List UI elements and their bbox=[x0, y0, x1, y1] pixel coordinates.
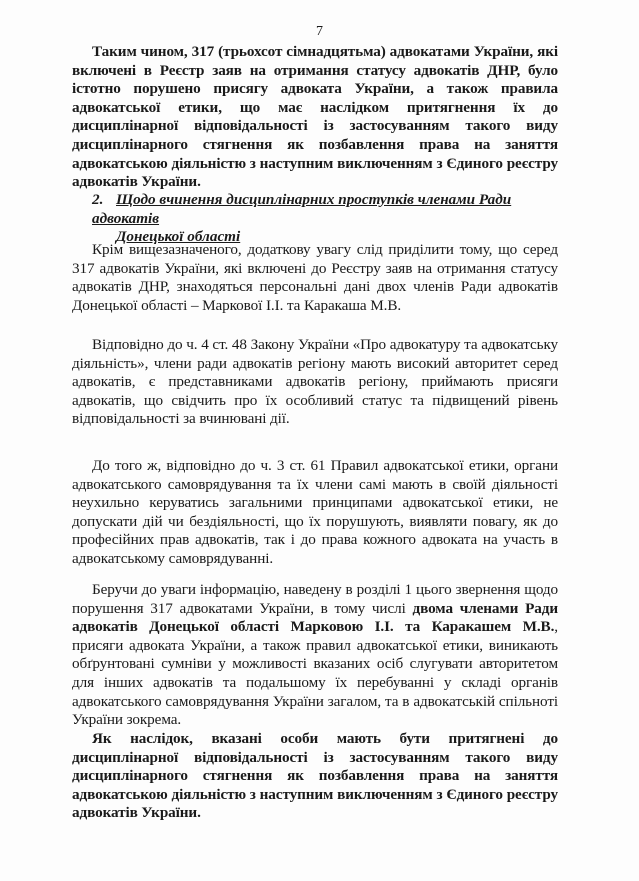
section-title-line1: Щодо вчинення дисциплінарних проступків … bbox=[92, 191, 511, 227]
section-number: 2. bbox=[92, 191, 116, 210]
paragraph-doubts: Беручи до уваги інформацію, наведену в р… bbox=[72, 581, 558, 730]
paragraph-conclusion-section1: Таким чином, 317 (трьохсот сімнадцятьма)… bbox=[72, 43, 558, 192]
paragraph-ethics-rules: До того ж, відповідно до ч. 3 ст. 61 Пра… bbox=[72, 457, 558, 569]
page-number: 7 bbox=[0, 24, 639, 40]
paragraph-consequence: Як наслідок, вказані особи мають бути пр… bbox=[72, 730, 558, 823]
paragraph-law-reference: Відповідно до ч. 4 ст. 48 Закону України… bbox=[72, 336, 558, 429]
paragraph-council-members: Крім вищезазначеного, додаткову увагу сл… bbox=[72, 241, 558, 315]
section-heading-2: 2.Щодо вчинення дисциплінарних проступкі… bbox=[92, 191, 562, 247]
